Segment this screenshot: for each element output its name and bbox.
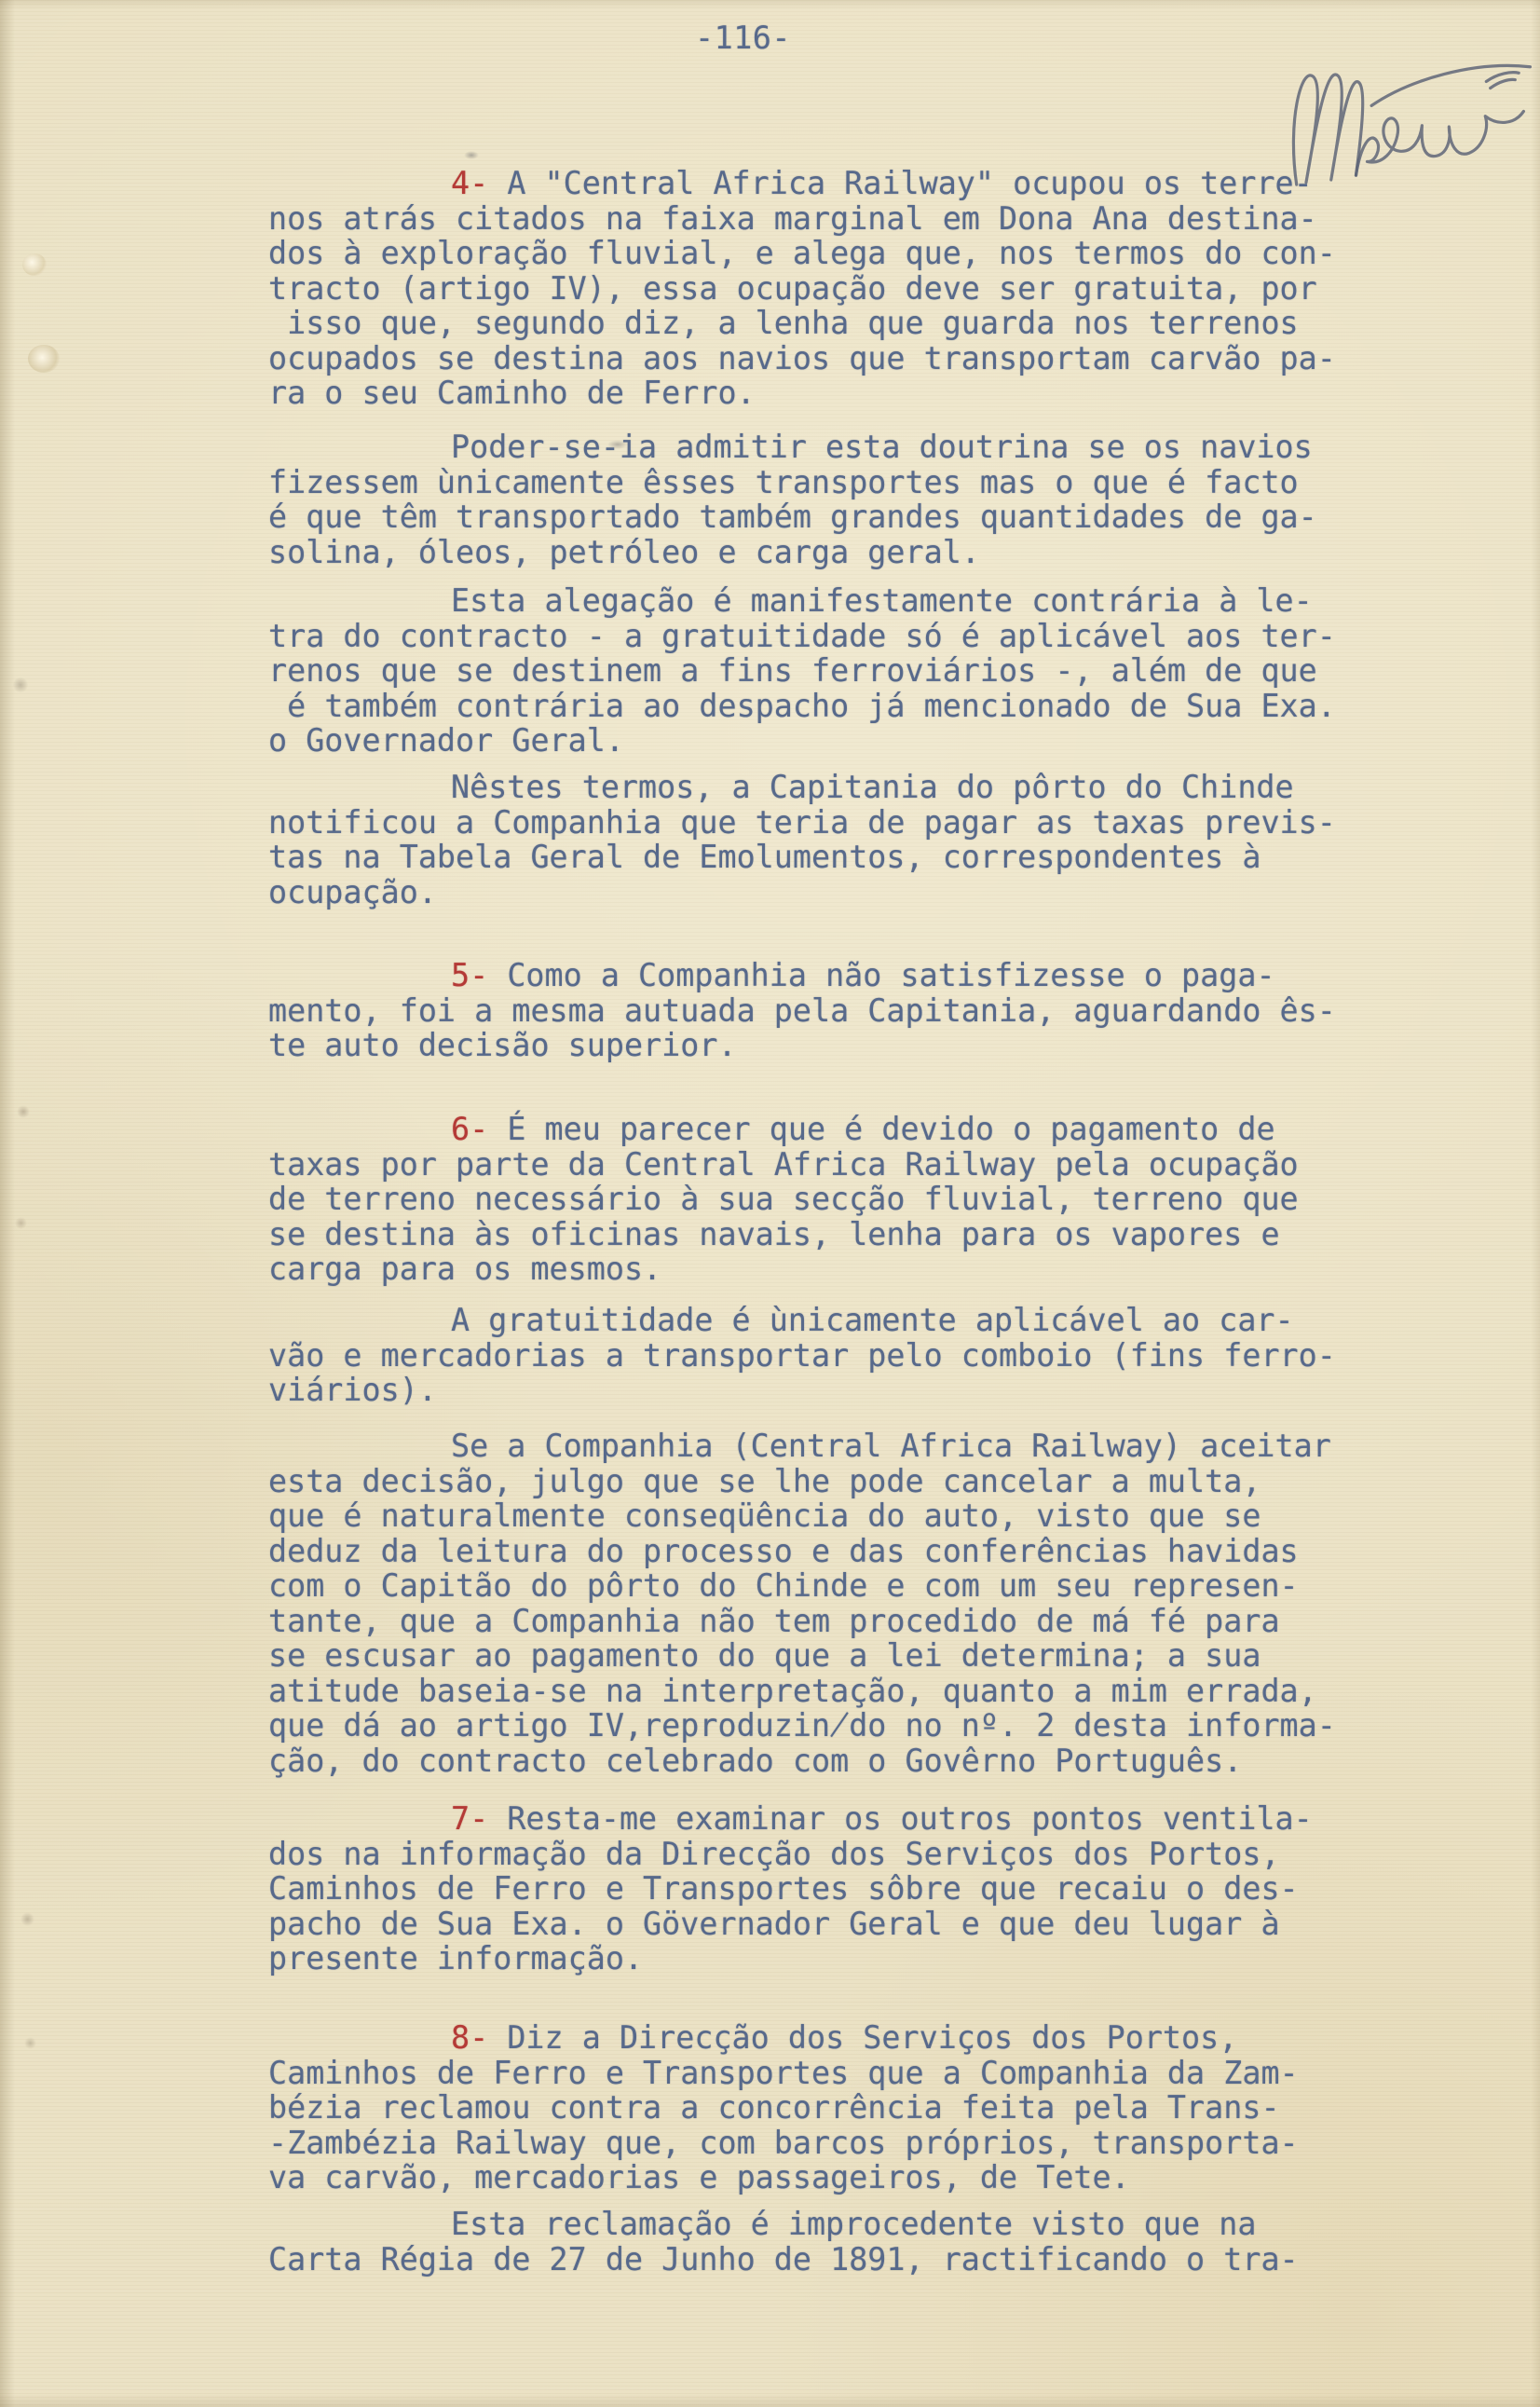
document-body: 4- A "Central Africa Railway" ocupou os … [0,0,1540,2407]
paragraph: Se a Companhia (Central Africa Railway) … [268,1429,1360,1778]
paragraph-number: 7- [451,1800,488,1837]
paragraph-number: 6- [451,1111,488,1147]
paragraph: Esta alegação é manifestamente contrária… [268,583,1360,759]
document-page: -116- 4- A "Central Africa Railway" ocup… [0,0,1540,2407]
paragraph: 5- Como a Companhia não satisfizesse o p… [268,958,1360,1063]
paragraph: 8- Diz a Direcção dos Serviços dos Porto… [268,2020,1360,2195]
paragraph: A gratuitidade é ùnicamente aplicável ao… [268,1303,1360,1408]
paragraph: 4- A "Central Africa Railway" ocupou os … [268,166,1360,411]
paragraph: 6- É meu parecer que é devido o pagament… [268,1112,1360,1287]
paragraph-number: 5- [451,957,488,993]
paragraph: Nêstes termos, a Capitania do pôrto do C… [268,770,1360,909]
paragraph: Poder-se-ia admitir esta doutrina se os … [268,430,1360,569]
paragraph: Esta reclamação é improcedente visto que… [268,2207,1360,2277]
paragraph-number: 8- [451,2019,488,2056]
paragraph-number: 4- [451,165,488,201]
paragraph: 7- Resta-me examinar os outros pontos ve… [268,1801,1360,1976]
